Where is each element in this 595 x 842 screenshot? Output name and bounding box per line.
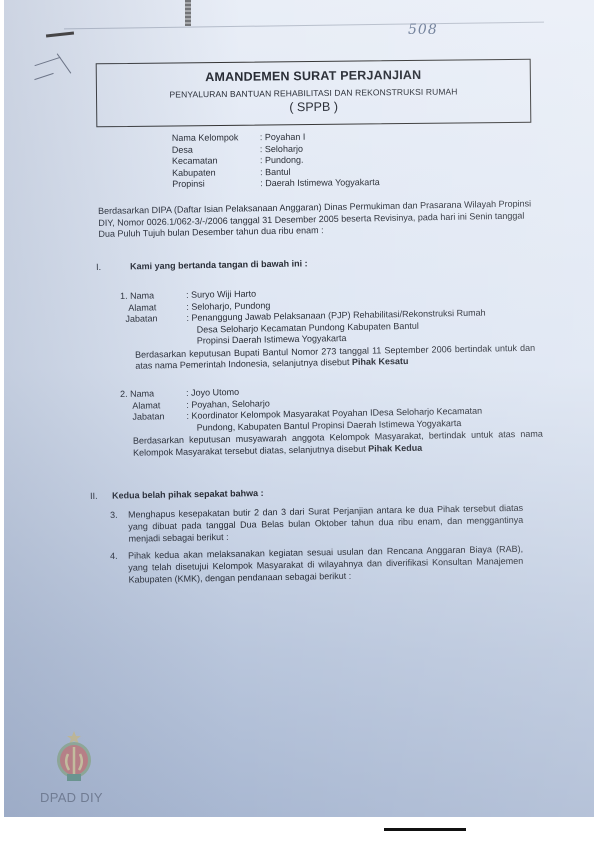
handwritten-number: 508 xyxy=(408,22,438,38)
party-role: Pihak Kedua xyxy=(368,442,422,453)
info-value: : Poyahan I xyxy=(260,132,306,144)
watermark-text: DPAD DIY xyxy=(40,790,103,805)
info-label: Nama Kelompok xyxy=(172,132,260,144)
field-label: Nama xyxy=(130,290,154,300)
item-number: 3. xyxy=(110,509,129,545)
document-code: ( SPPB ) xyxy=(97,98,530,117)
info-label: Kabupaten xyxy=(172,167,260,179)
agreement-item: 3. Menghapus kesepakatan butir 2 dan 3 d… xyxy=(110,502,524,545)
party-1: 1. Nama: Suryo Wiji Harto Alamat: Seloha… xyxy=(120,284,541,373)
staple-mark xyxy=(185,0,191,26)
section-number: II. xyxy=(90,491,112,501)
ink-mark xyxy=(46,32,74,38)
section-title: Kami yang bertanda tangan di bawah ini : xyxy=(130,258,308,271)
field-label: Jabatan xyxy=(120,313,186,326)
party-role: Pihak Kesatu xyxy=(352,356,409,367)
document-title: AMANDEMEN SURAT PERJANJIAN xyxy=(97,67,530,86)
party-2: 2. Nama: Joyo Utomo Alamat: Poyahan, Sel… xyxy=(120,382,541,459)
intro-paragraph: Berdasarkan DIPA (Daftar Isian Pelaksana… xyxy=(98,198,535,240)
document-page: 508 AMANDEMEN SURAT PERJANJIAN PENYALURA… xyxy=(4,0,594,817)
info-value: : Bantul xyxy=(260,166,291,178)
field-label: Jabatan xyxy=(120,411,186,424)
pencil-mark xyxy=(34,73,53,80)
field-label: Nama xyxy=(130,388,154,398)
section-title: Kedua belah pihak sepakat bahwa : xyxy=(112,488,264,501)
item-text: Pihak kedua akan melaksanakan kegiatan s… xyxy=(128,543,524,586)
info-value: : Daerah Istimewa Yogyakarta xyxy=(260,177,380,190)
party-number: 1. xyxy=(120,291,128,301)
group-info: Nama Kelompok: Poyahan I Desa: Seloharjo… xyxy=(172,131,380,190)
pencil-mark xyxy=(35,57,61,66)
section-1-heading: I.Kami yang bertanda tangan di bawah ini… xyxy=(96,258,308,272)
footer-bar xyxy=(384,828,466,831)
agreement-item: 4. Pihak kedua akan melaksanakan kegiata… xyxy=(110,543,524,586)
info-label: Kecamatan xyxy=(172,155,260,167)
title-box: AMANDEMEN SURAT PERJANJIAN PENYALURAN BA… xyxy=(96,59,532,128)
item-number: 4. xyxy=(110,550,129,586)
info-value: : Pundong. xyxy=(260,155,304,167)
provincial-emblem-icon xyxy=(54,730,94,786)
section-number: I. xyxy=(96,261,130,272)
item-text: Menghapus kesepakatan butir 2 dan 3 dari… xyxy=(128,502,524,545)
info-label: Propinsi xyxy=(172,178,260,190)
party-number: 2. xyxy=(120,389,128,399)
section-2-heading: II.Kedua belah pihak sepakat bahwa : xyxy=(90,488,264,501)
pencil-mark xyxy=(57,53,72,73)
info-label: Desa xyxy=(172,144,260,156)
info-value: : Seloharjo xyxy=(260,143,303,155)
fold-line xyxy=(64,22,544,30)
